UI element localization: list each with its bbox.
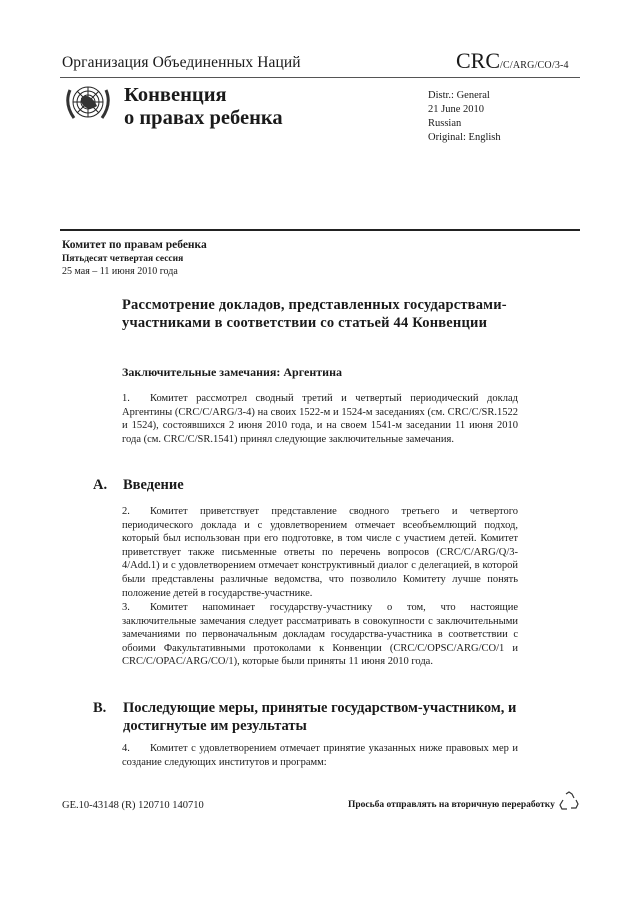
document-symbol: CRC/C/ARG/CO/3-4 bbox=[456, 48, 569, 74]
distribution-info: Distr.: General 21 June 2010 Russian Ori… bbox=[428, 89, 501, 145]
document-title: Рассмотрение докладов, представленных го… bbox=[122, 296, 542, 332]
distr-line: Distr.: General bbox=[428, 89, 501, 103]
session-name: Пятьдесят четвертая сессия bbox=[62, 254, 183, 264]
paragraph-1: 1.Комитет рассмотрел сводный третий и че… bbox=[122, 392, 518, 446]
symbol-main: CRC bbox=[456, 48, 500, 73]
job-number: GE.10-43148 (R) 120710 140710 bbox=[62, 800, 204, 811]
paragraph-text: Комитет с удовлетворением отмечает приня… bbox=[122, 743, 518, 768]
committee-name: Комитет по правам ребенка bbox=[62, 239, 207, 251]
paragraph-number: 2. bbox=[122, 505, 150, 519]
section-title: Последующие меры, принятые государством-… bbox=[123, 699, 523, 735]
date-line: 21 June 2010 bbox=[428, 103, 501, 117]
paragraph-text: Комитет приветствует представление сводн… bbox=[122, 506, 518, 599]
header-rule bbox=[60, 77, 580, 78]
language-line: Russian bbox=[428, 117, 501, 131]
paragraph-2: 2.Комитет приветствует представление сво… bbox=[122, 505, 518, 600]
recycle-note: Просьба отправлять на вторичную перерабо… bbox=[348, 800, 555, 810]
document-subtitle: Заключительные замечания: Аргентина bbox=[122, 365, 342, 380]
paragraph-text: Комитет напоминает государству-участнику… bbox=[122, 602, 518, 667]
recycle-icon bbox=[558, 790, 580, 812]
section-letter: A. bbox=[93, 476, 123, 494]
section-title: Введение bbox=[123, 476, 523, 494]
convention-line-1: Конвенция bbox=[124, 84, 283, 107]
section-letter: B. bbox=[93, 699, 123, 717]
symbol-suffix: /C/ARG/CO/3-4 bbox=[500, 60, 569, 71]
section-b-heading: B.Последующие меры, принятые государство… bbox=[93, 699, 523, 735]
paragraph-number: 4. bbox=[122, 742, 150, 756]
convention-title: Конвенция о правах ребенка bbox=[124, 84, 283, 130]
session-dates: 25 мая – 11 июня 2010 года bbox=[62, 266, 178, 277]
paragraph-3: 3.Комитет напоминает государству-участни… bbox=[122, 601, 518, 669]
organization-name: Организация Объединенных Наций bbox=[62, 54, 301, 72]
un-emblem-icon bbox=[63, 80, 113, 126]
paragraph-4: 4.Комитет с удовлетворением отмечает при… bbox=[122, 742, 518, 769]
original-line: Original: English bbox=[428, 131, 501, 145]
masthead-rule bbox=[60, 229, 580, 231]
paragraph-number: 3. bbox=[122, 601, 150, 615]
paragraph-text: Комитет рассмотрел сводный третий и четв… bbox=[122, 393, 518, 445]
paragraph-number: 1. bbox=[122, 392, 150, 406]
section-a-heading: A.Введение bbox=[93, 476, 523, 494]
convention-line-2: о правах ребенка bbox=[124, 107, 283, 130]
